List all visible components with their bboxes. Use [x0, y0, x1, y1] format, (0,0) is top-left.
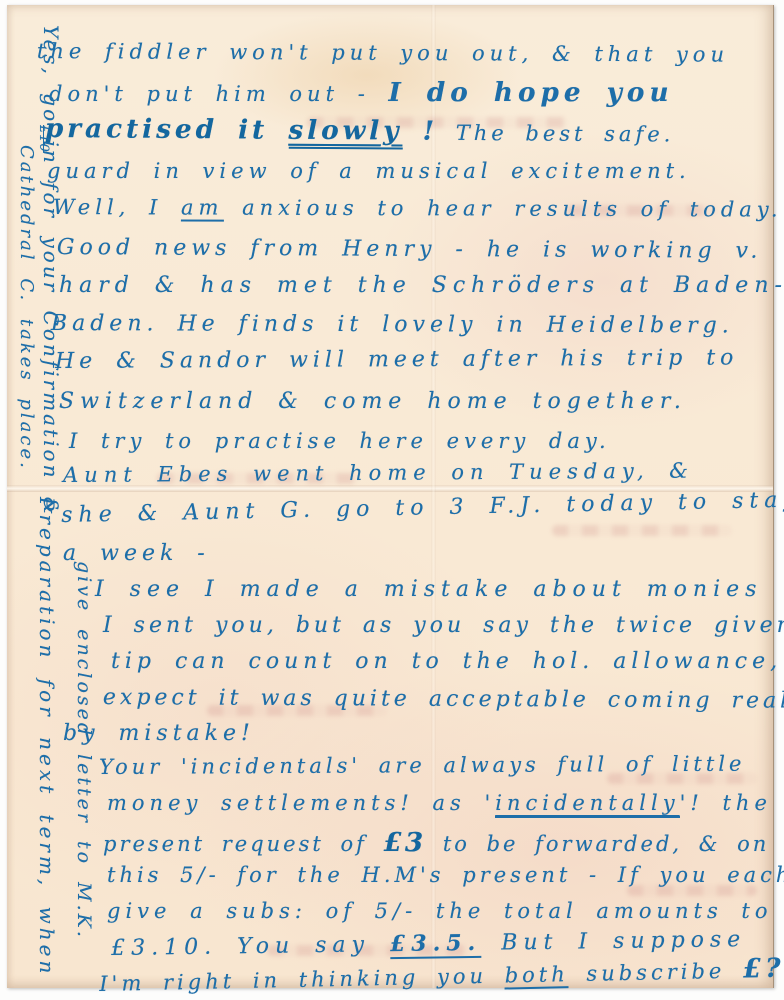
margin-note-lower: Preparation for next term, when — [35, 497, 59, 977]
letter-line: Aunt Ebes went home on Tuesday, & — [63, 459, 694, 487]
text-segment: £10 — [36, 125, 51, 153]
letter-line: I see I made a mistake about monies — [95, 577, 762, 602]
text-segment: to be forwarded, & on to — [426, 832, 784, 856]
text-segment: give enclosed letter to M.K. — [73, 561, 95, 940]
letter-line: this 5/- for the H.M's present - If you … — [107, 863, 784, 887]
letter-paper: the fiddler won't put you out, & that yo… — [7, 5, 774, 988]
margin-note-lower: give enclosed letter to M.K. — [73, 561, 95, 940]
text-segment: I see I made a mistake about monies — [95, 577, 762, 602]
letter-line: Your 'incidentals' are always full of li… — [99, 752, 745, 779]
letter-line: money settlements! as 'incidentally'! th… — [107, 791, 772, 815]
bleed-through-ghost — [552, 525, 732, 536]
text-segment: Baden. He finds it lovely in Heidelberg. — [51, 311, 734, 338]
letter-line: Switzerland & come home together. — [59, 389, 687, 414]
text-segment: Yes, go in for your Confirmation & — [39, 25, 63, 518]
text-segment: hard & has met the Schröders at Baden- — [59, 273, 784, 298]
text-segment: £3 — [384, 827, 427, 858]
letter-line: tip can count on to the hol. allowance, — [111, 649, 782, 674]
text-segment: But I suppose — [481, 927, 746, 956]
text-segment: anxious to hear results of today. — [223, 196, 782, 222]
text-segment: Switzerland & come home together. — [59, 389, 687, 414]
text-segment: Aunt Ebes went home on Tuesday, & — [63, 459, 694, 487]
text-segment: ! — [402, 115, 438, 146]
letter-line: He & Sandor will meet after his trip to — [55, 345, 738, 374]
text-segment: slowly — [288, 115, 402, 150]
letter-line: guard in view of a musical excitement. — [47, 159, 691, 183]
text-segment: both — [504, 962, 569, 989]
letter-line: give a subs: of 5/- the total amounts to — [107, 899, 773, 923]
text-segment: expect it was quite acceptable coming re… — [103, 685, 784, 714]
letter-line: I sent you, but as you say the twice giv… — [103, 613, 784, 638]
scanned-letter-image: the fiddler won't put you out, & that yo… — [0, 0, 784, 1000]
text-segment: I sent you, but as you say the twice giv… — [103, 613, 784, 638]
text-segment: it — [238, 114, 268, 145]
text-segment — [268, 115, 288, 146]
text-segment: Your 'incidentals' are always full of li… — [99, 752, 745, 779]
letter-line: Well, I am anxious to hear results of to… — [53, 195, 783, 222]
text-segment: give a subs: of 5/- the total amounts to — [107, 899, 773, 923]
text-segment: £3.10. You say — [111, 932, 390, 961]
text-segment: guard in view of a musical excitement. — [47, 159, 691, 183]
text-segment: am — [181, 195, 224, 221]
text-segment: practised — [45, 113, 238, 145]
text-segment: this 5/- for the H.M's present - If you … — [107, 863, 784, 887]
letter-line: the fiddler won't put you out, & that yo… — [37, 39, 729, 67]
text-segment: money settlements! as ' — [107, 791, 495, 815]
text-segment: I try to practise here every day. — [69, 429, 611, 453]
text-segment: Preparation for next term, when — [35, 497, 59, 977]
text-segment: '! the — [680, 791, 772, 815]
text-segment: Cathedral C. takes place. — [16, 145, 37, 471]
letter-line: hard & has met the Schröders at Baden- — [59, 273, 784, 298]
letter-line: expect it was quite acceptable coming re… — [103, 685, 784, 714]
text-segment: I do hope you — [388, 77, 673, 108]
text-segment: The best safe. — [438, 121, 674, 147]
text-segment: don't put him out - — [49, 82, 388, 106]
text-segment: subscribe — [568, 959, 743, 987]
letter-line: Good news from Henry - he is working v. — [57, 235, 763, 264]
text-segment: £3.5. — [390, 930, 482, 959]
margin-note-upper: Yes, go in for your Confirmation & — [39, 25, 63, 518]
text-segment: Good news from Henry - he is working v. — [57, 235, 763, 264]
letter-line: present request of £3 to be forwarded, &… — [103, 827, 784, 858]
text-segment: the fiddler won't put you out, & that yo… — [37, 39, 729, 67]
text-segment: incidentally — [495, 791, 679, 818]
text-segment: Well, I — [53, 195, 181, 219]
letter-line: Baden. He finds it lovely in Heidelberg. — [51, 311, 734, 338]
text-segment: He & Sandor will meet after his trip to — [55, 345, 738, 374]
text-segment: present request of — [103, 832, 384, 856]
letter-line: she & Aunt G. go to 3 F.J. today to stay — [61, 487, 784, 528]
margin-note-upper: Cathedral C. takes place. — [16, 145, 37, 471]
text-segment: tip can count on to the hol. allowance, — [111, 649, 782, 674]
letter-line: don't put him out - I do hope you — [49, 77, 674, 108]
text-segment: £? — [743, 953, 784, 985]
letter-line: I try to practise here every day. — [69, 429, 611, 453]
letter-line: practised it slowly ! The best safe. — [45, 113, 675, 148]
text-segment: she & Aunt G. go to 3 F.J. today to stay — [61, 487, 784, 528]
margin-note-upper: £10 — [36, 125, 51, 153]
text-segment: I'm right in thinking you — [99, 964, 505, 996]
